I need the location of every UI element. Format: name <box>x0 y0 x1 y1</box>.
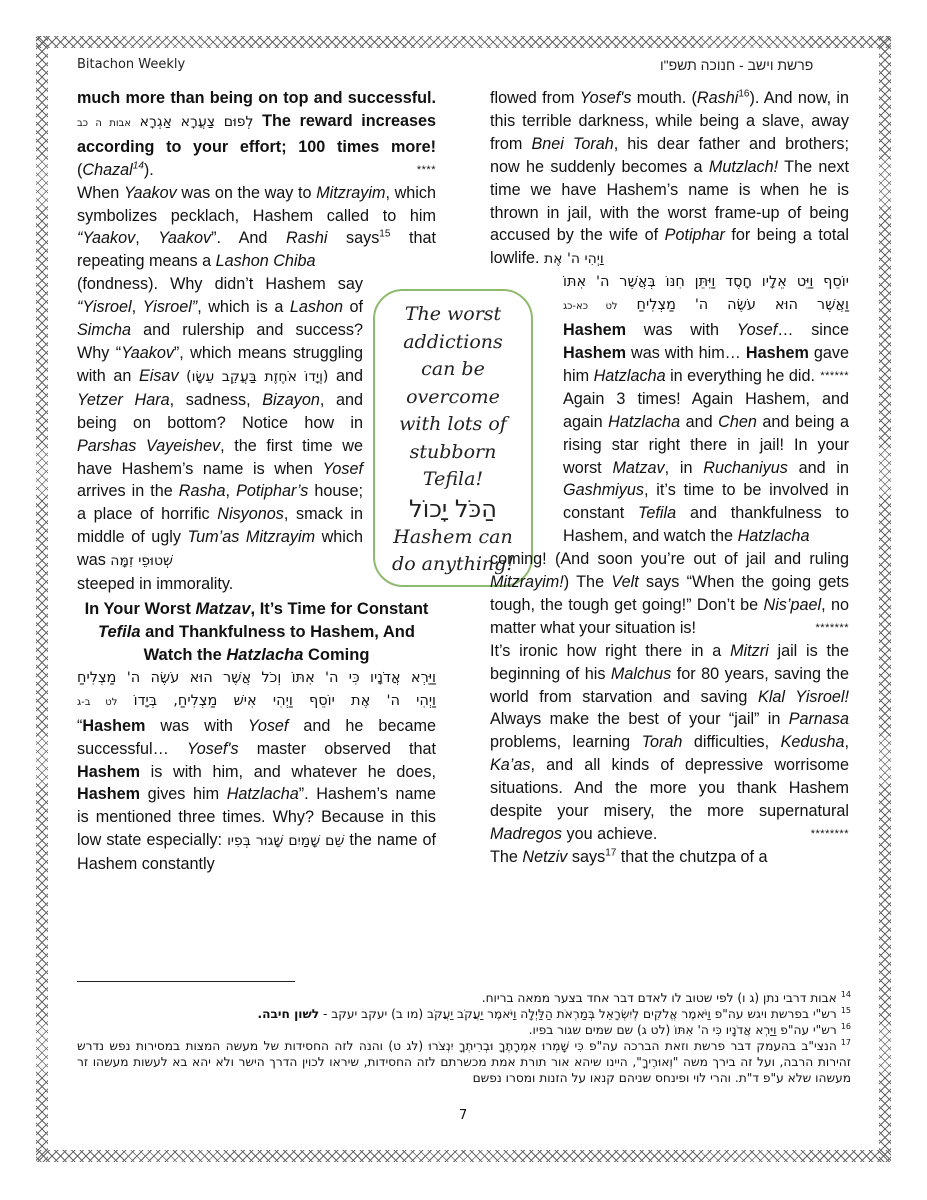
paragraph-netziv: The Netziv says17 that the chutzpa of a <box>490 846 849 869</box>
section-separator: **** <box>417 159 436 182</box>
italic-text: Yaakov <box>121 344 174 362</box>
text: , which is a <box>197 298 290 316</box>
bold-text: much more than being on top and successf… <box>77 89 436 107</box>
text: flowed from <box>490 89 580 107</box>
bold-text: Hashem <box>77 785 140 803</box>
footnote-ref-17[interactable]: 17 <box>605 848 616 859</box>
italic-text: Hatzlacha <box>594 367 666 385</box>
text: , <box>132 298 143 316</box>
hebrew-verse: וַיְהִי ה' אֶת יוֹסֵף וַיְהִי אִישׁ מַצְ… <box>134 693 436 709</box>
text: (fondness). Why didn’t Hashem say <box>77 275 363 293</box>
bold-text: Hashem <box>82 717 145 735</box>
italic-text: Yaakov <box>124 184 177 202</box>
text: , <box>226 482 237 500</box>
heading-text: In Your Worst <box>85 600 196 618</box>
hebrew-source: לט ב-ג <box>77 697 117 708</box>
italic-text: Yosef <box>323 460 364 478</box>
text: When <box>77 184 124 202</box>
text: that the chutzpa of a <box>616 848 767 866</box>
header-parsha-title: פרשת וישב - חנוכה תשפ"ו <box>660 57 813 73</box>
italic-text: Yosef <box>248 717 289 735</box>
text: says <box>327 229 379 247</box>
footnote-text: הנצי"ב בהעמק דבר פרשת וזאת הברכה עה"פ כִ… <box>77 1039 851 1085</box>
text: of <box>343 298 363 316</box>
footnote-number: 14 <box>841 990 851 999</box>
border-right <box>879 36 891 1162</box>
hebrew-verse-line-2: וַיְהִי ה' אֶת יוֹסֵף וַיְהִי אִישׁ מַצְ… <box>77 690 436 715</box>
paragraph-yosef-mutzlach: flowed from Yosef's mouth. (Rashi16). An… <box>490 87 849 640</box>
italic-text: Mitzri <box>730 642 769 660</box>
italic-text: Eisav <box>139 367 179 385</box>
italic-text: Yaakov <box>158 229 211 247</box>
footnote-bold-text: לשון חיבה. <box>257 1007 319 1021</box>
italic-text: Tefila <box>638 504 676 522</box>
footnote-text: אבות דרבי נתן (ג ו) לפי שטוב לו לאדם דבר… <box>482 991 837 1005</box>
footnote-text: רש"י בפרשת ויגש עה"פ וַיֹּאמֶר אֱלֹקִים … <box>319 1007 837 1021</box>
footnote-16: 16רש"י עה"פ וַיַּרְא אֲדֹנָיו כִּי ה' אִ… <box>77 1022 851 1038</box>
italic-text: Mitzrayim! <box>490 573 564 591</box>
italic-text: Mutzlach! <box>709 158 778 176</box>
heading-italic: Matzav <box>196 600 251 618</box>
italic-text: Hatzlacha <box>738 527 810 545</box>
heading-text: Coming <box>303 646 369 664</box>
text: … since <box>777 321 849 339</box>
italic-text: Ka’as <box>490 756 531 774</box>
italic-text: Yosef's <box>580 89 632 107</box>
text: difficulties, <box>682 733 780 751</box>
text: and in <box>788 459 849 477</box>
hebrew-quote: אֹחֶזֶת בַּעֲקֵב עֵשָׂו) <box>186 369 297 385</box>
italic-text: Rasha <box>179 482 226 500</box>
text: mouth. ( <box>631 89 696 107</box>
italic-text: Chen <box>718 413 757 431</box>
footnote-number: 16 <box>841 1022 851 1031</box>
border-left <box>36 36 48 1162</box>
bold-text: Hashem <box>77 763 140 781</box>
hebrew-quote: (וְיָדוֹ <box>305 369 329 385</box>
hebrew-source: אבות ה כב <box>77 118 131 129</box>
text: problems, learning <box>490 733 642 751</box>
text: It’s ironic how right there in a <box>490 642 730 660</box>
hebrew-quote: שָׁגוּר בְּפִיו <box>227 833 283 849</box>
heading-italic: Tefila <box>98 623 140 641</box>
italic-text: Yisroel” <box>143 298 198 316</box>
hebrew-quote: שֵׁם שָׁמַיִם <box>288 833 344 849</box>
footnotes: 14אבות דרבי נתן (ג ו) לפי שטוב לו לאדם ד… <box>77 990 851 1086</box>
italic-text: Hatzlacha <box>608 413 680 431</box>
header-publication-title: Bitachon Weekly <box>77 57 185 72</box>
footnote-14: 14אבות דרבי נתן (ג ו) לפי שטוב לו לאדם ד… <box>77 990 851 1006</box>
paragraph-mitzri-jail: It’s ironic how right there in a Mitzri … <box>490 640 849 846</box>
hebrew-verse-line-1: וַיַּרְא אֲדֹנָיו כִּי ה' אִתּוֹ וְכֹל א… <box>77 667 436 690</box>
bold-text: Hashem <box>746 344 809 362</box>
hebrew-verse-line: וַאֲשֶׁר הוּא עֹשֶׂה ה' מַצְלִיחַ לט כא-… <box>563 294 849 319</box>
border-bottom <box>36 1150 891 1162</box>
section-separator: ****** <box>820 365 849 388</box>
italic-text: Netziv <box>522 848 567 866</box>
bold-text: The reward increases according to your e… <box>77 112 436 156</box>
italic-text: Lashon Chiba <box>216 252 316 270</box>
footnote-15: 15רש"י בפרשת ויגש עה"פ וַיֹּאמֶר אֱלֹקִי… <box>77 1006 851 1022</box>
text: was with him… <box>626 344 746 362</box>
footnote-separator <box>77 981 295 982</box>
hebrew-quote: וַיְהִי ה' אֶת <box>544 251 604 267</box>
footnote-ref-14[interactable]: 14 <box>133 160 144 171</box>
text: , and all kinds of depressive worrisome … <box>490 756 849 820</box>
text: gives him <box>140 785 227 803</box>
italic-text: Parshas Vayeishev <box>77 437 220 455</box>
hebrew-verse: יוֹסֵף וַיֵּט אֵלָיו חָסֶד וַיִּתֵּן חִנ… <box>563 271 849 294</box>
heading-italic: Hatzlacha <box>226 646 303 664</box>
italic-text: Matzav <box>612 459 664 477</box>
text: Always make the best of your “jail” in <box>490 710 789 728</box>
footnote-ref-15[interactable]: 15 <box>379 229 390 240</box>
italic-text: Rashi <box>286 229 327 247</box>
text: Again 3 times! Again Hashem, and again H… <box>563 388 849 548</box>
text: and <box>328 367 363 385</box>
footnote-17: 17הנצי"ב בהעמק דבר פרשת וזאת הברכה עה"פ … <box>77 1038 851 1086</box>
hebrew-verse: וַאֲשֶׁר הוּא עֹשֶׂה ה' מַצְלִיחַ <box>637 297 849 313</box>
italic-text: “Yaakov <box>77 229 135 247</box>
italic-text: Hatzlacha <box>227 785 299 803</box>
text: ) The <box>564 573 612 591</box>
italic-text: Potiphar <box>665 226 725 244</box>
text: steeped in immorality. <box>77 575 233 593</box>
text: ”. And <box>211 229 286 247</box>
hebrew-source: לט כא-כג <box>563 301 618 312</box>
italic-text: Nisyonos <box>217 505 284 523</box>
italic-text: Parnasa <box>789 710 849 728</box>
text: , <box>135 229 158 247</box>
italic-text: Kedusha <box>781 733 845 751</box>
page-number: 7 <box>459 1108 467 1123</box>
text-wrap-around-callout: יוֹסֵף וַיֵּט אֵלָיו חָסֶד וַיִּתֵּן חִנ… <box>563 271 849 548</box>
section-heading: In Your Worst Matzav, It’s Time for Cons… <box>77 598 436 667</box>
text-wrap-around-callout: (fondness). Why didn’t Hashem say “Yisro… <box>77 273 363 573</box>
italic-text: Ruchaniyus <box>703 459 788 477</box>
paragraph-hashem-with-yosef: “Hashem was with Yosef and he became suc… <box>77 715 436 876</box>
italic-text: Malchus <box>611 665 671 683</box>
text: , in <box>665 459 704 477</box>
footnote-number: 15 <box>841 1006 851 1015</box>
italic-text: Klal Yisroel! <box>758 688 849 706</box>
italic-text: “Yisroel <box>77 298 132 316</box>
italic-text: Yosef's <box>187 740 239 758</box>
text: arrives in the <box>77 482 179 500</box>
italic-text: Bizayon <box>262 391 320 409</box>
italic-text: Velt <box>611 573 638 591</box>
italic-text: Simcha <box>77 321 131 339</box>
italic-text: Tum’as Mitzrayim <box>187 528 315 546</box>
italic-text: Lashon <box>290 298 343 316</box>
paragraph-intro: much more than being on top and successf… <box>77 87 436 182</box>
text: was with <box>145 717 248 735</box>
italic-text: Nis’pael <box>764 596 822 614</box>
bold-text: Hashem <box>563 344 626 362</box>
text: was with <box>626 321 737 339</box>
footnote-ref-16[interactable]: 16 <box>738 89 749 100</box>
italic-text: Chazal <box>82 161 132 179</box>
text: and <box>680 413 718 431</box>
italic-text: Rashi <box>697 89 738 107</box>
text: coming! (And soon you’re out of jail and… <box>490 550 849 568</box>
italic-text: Gashmiyus <box>563 481 644 499</box>
italic-text: Bnei Torah <box>531 135 613 153</box>
text: ). <box>144 161 154 179</box>
footnote-number: 17 <box>841 1038 851 1047</box>
footnote-text: רש"י עה"פ וַיַּרְא אֲדֹנָיו כִּי ה' אִתּ… <box>529 1023 837 1037</box>
section-separator: ******* <box>816 617 849 640</box>
italic-text: Mitzrayim <box>316 184 385 202</box>
text: is with him, and whatever he does, <box>140 763 436 781</box>
section-separator: ******** <box>811 823 849 846</box>
italic-text: Torah <box>642 733 683 751</box>
italic-text: Potiphar’s <box>236 482 308 500</box>
text: , sadness, <box>170 391 263 409</box>
text: was on the way to <box>177 184 316 202</box>
bold-text: Hashem <box>563 321 626 339</box>
text: you achieve. <box>562 825 657 843</box>
italic-text: Yosef <box>737 321 778 339</box>
border-top <box>36 36 891 48</box>
italic-text: Yetzer Hara <box>77 391 170 409</box>
italic-text: Madregos <box>490 825 562 843</box>
text: master observed that <box>239 740 436 758</box>
text: The <box>490 848 522 866</box>
text: in everything he did. <box>666 367 815 385</box>
hebrew-quote: שְׁטוּפֵי זִמָּה <box>110 553 173 569</box>
heading-text: , It’s Time for Constant <box>251 600 429 618</box>
right-column: flowed from Yosef's mouth. (Rashi16). An… <box>490 87 849 869</box>
text: says <box>567 848 605 866</box>
hebrew-quote: לְפוּם צַעֲרָא אַגְרָא <box>140 114 254 130</box>
text: , <box>845 733 850 751</box>
